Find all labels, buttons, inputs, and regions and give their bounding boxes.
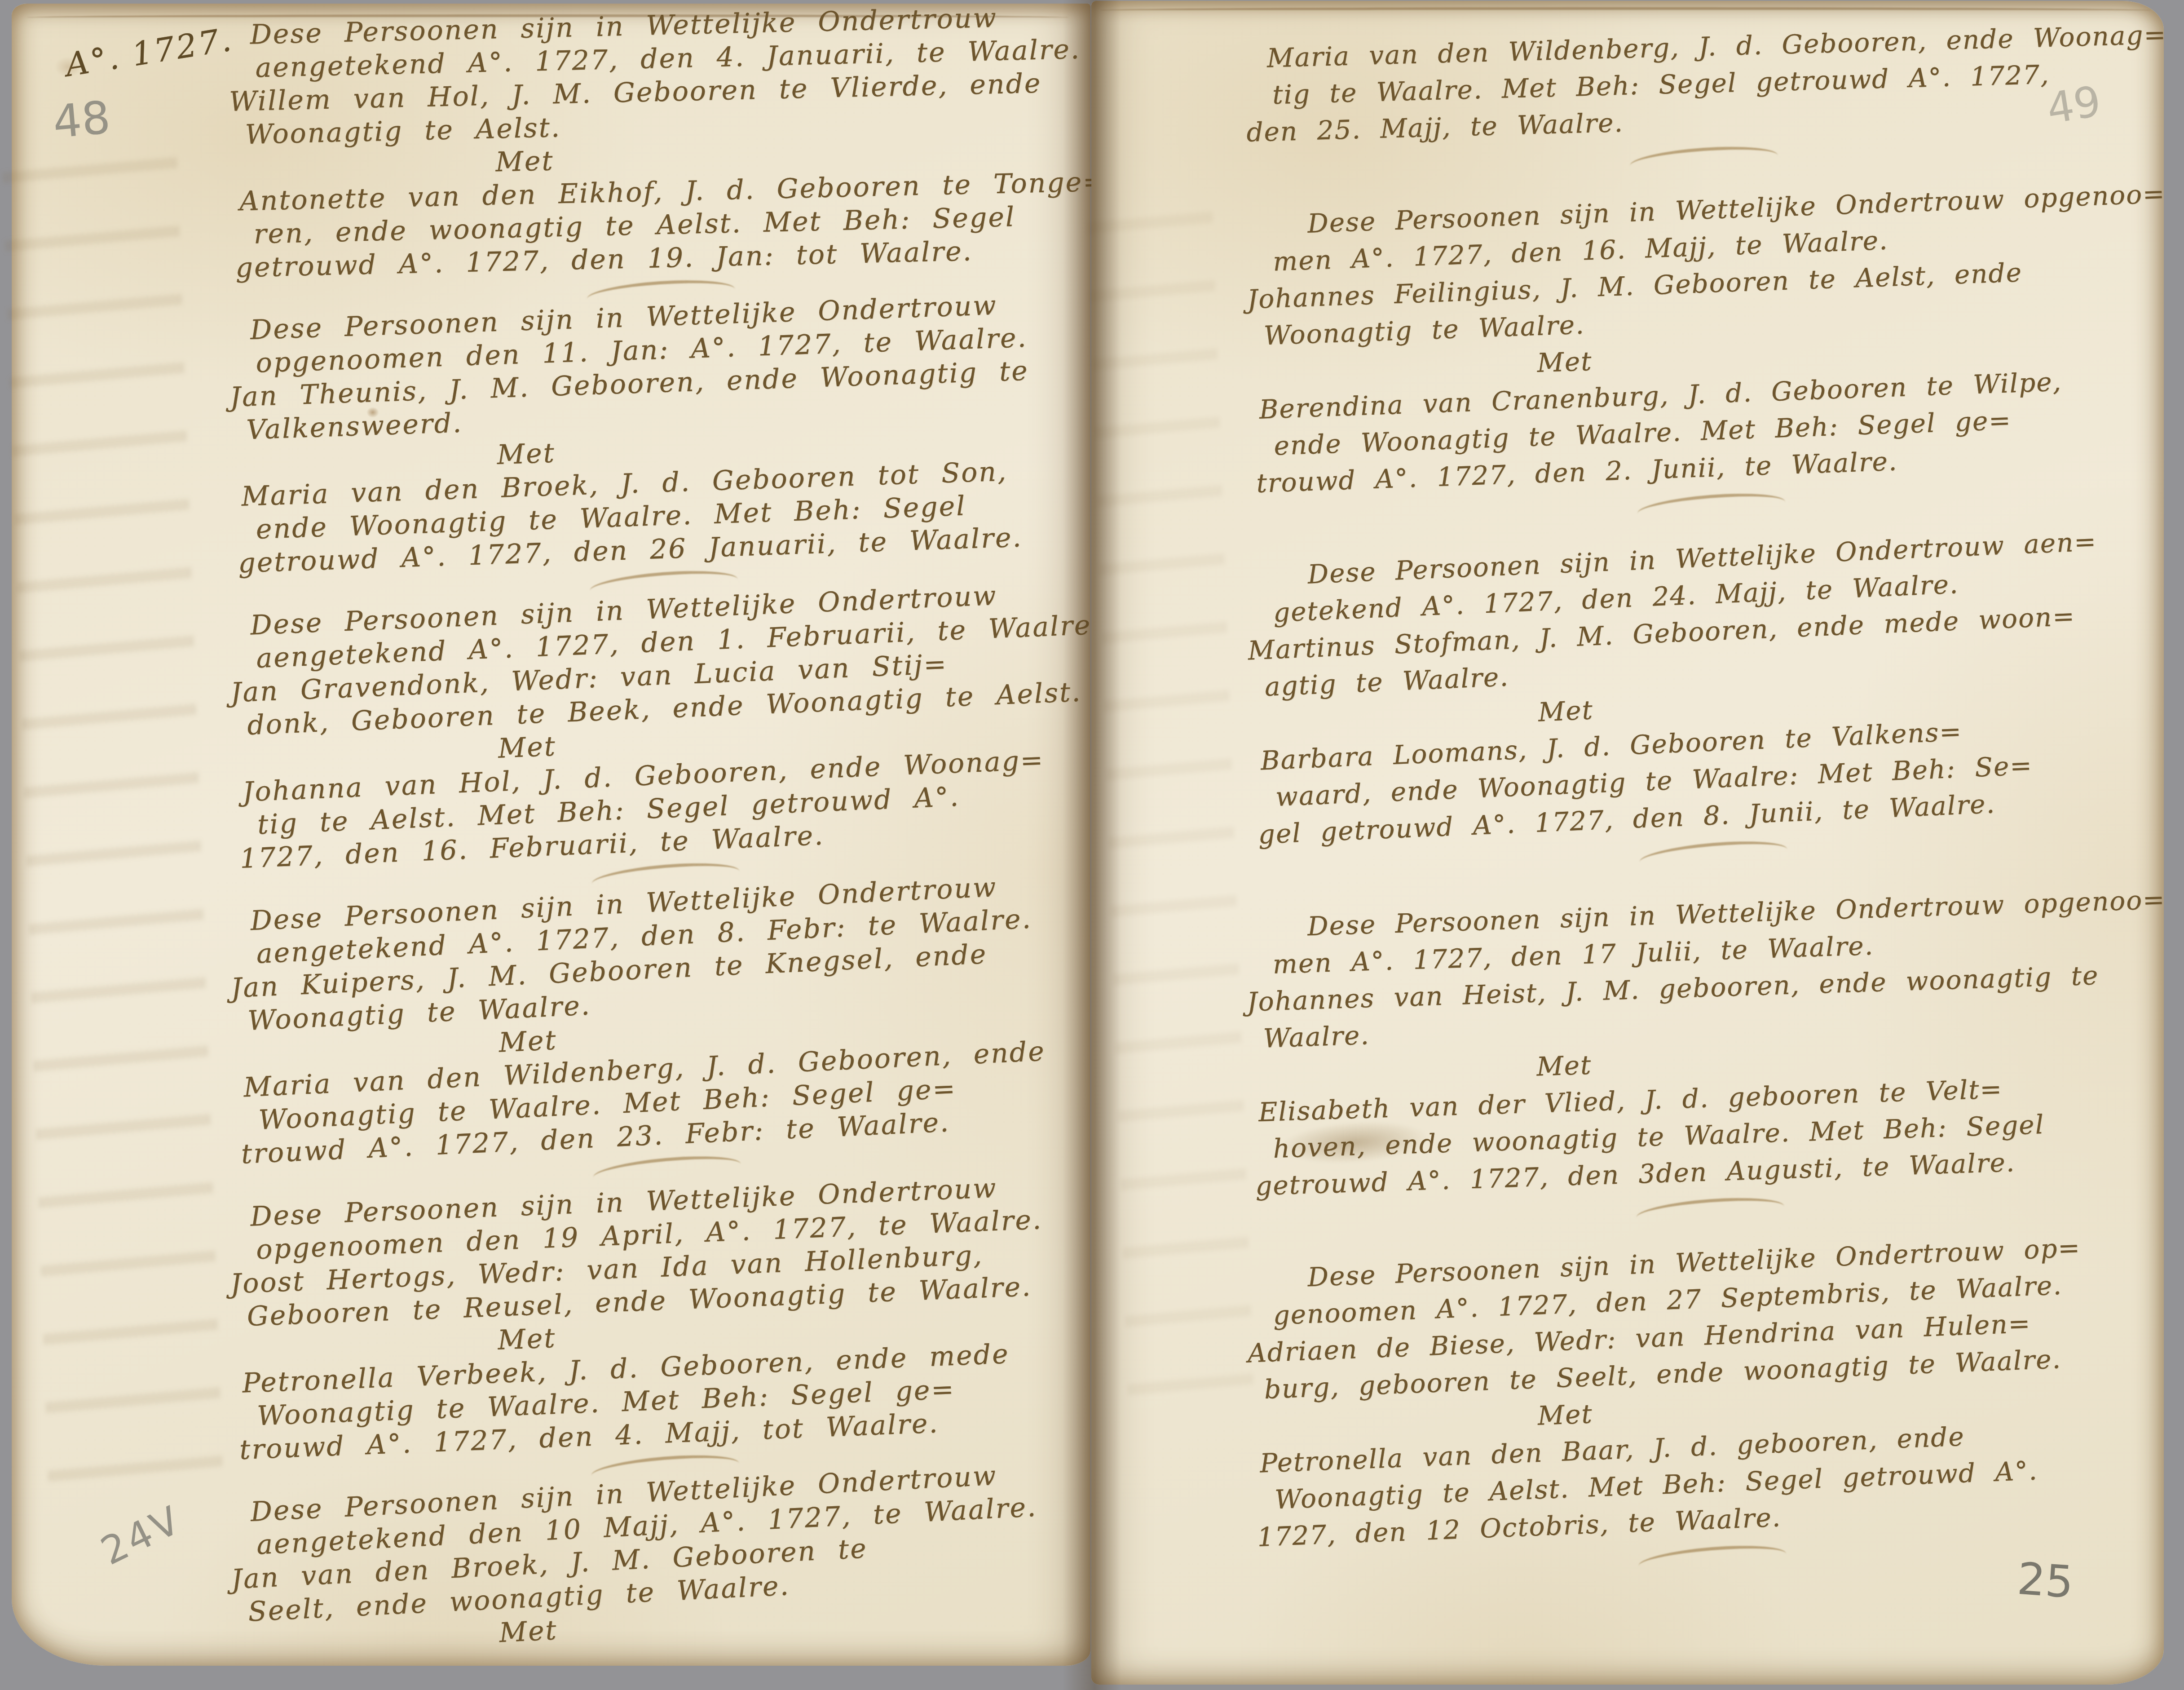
entry-separator-stroke [592, 1155, 741, 1174]
entry-separator-stroke [1637, 492, 1785, 510]
left-page-text-column: Dese Persoonen sijn in Wettelijke Ondert… [223, 19, 1086, 1674]
marriage-register-entry: Dese Persoonen sijn in Wettelijke Ondert… [1240, 520, 2174, 875]
entry-separator-stroke [591, 1454, 739, 1472]
marriage-register-entry: Dese Persoonen sijn in Wettelijke Ondert… [223, 1168, 1096, 1486]
margin-year-note: A°. 1727. [63, 20, 235, 84]
entry-separator-stroke [1629, 146, 1778, 163]
pencil-folio-number-bottom: 24V [94, 1497, 189, 1574]
marriage-register-entry: Dese Persoonen sijn in Wettelijke Ondert… [1240, 1226, 2173, 1577]
marriage-register-entry: Dese Persoonen sijn in Wettelijke Ondert… [223, 0, 1092, 304]
manuscript-scan: A°. 1727. 48 24V Dese Persoonen sijn in … [0, 0, 2184, 1690]
marriage-register-entry: Dese Persoonen sijn in Wettelijke Ondert… [223, 286, 1095, 599]
marriage-register-entry: Dese Persoonen sijn in Wettelijke Ondert… [223, 867, 1098, 1190]
pencil-folio-number-top: 48 [51, 91, 112, 149]
right-page-text-column: Maria van den Wildenberg, J. d. Gebooren… [1240, 40, 2161, 1613]
marriage-register-entry: Dese Persoonen sijn in Wettelijke Ondert… [1240, 881, 2171, 1226]
foxing-spot [55, 57, 82, 77]
entry-separator-stroke [1636, 1197, 1784, 1214]
entry-separator-stroke [589, 570, 738, 587]
entry-separator-stroke [1639, 840, 1787, 859]
left-page: A°. 1727. 48 24V Dese Persoonen sijn in … [12, 4, 1090, 1666]
ink-bleedthrough-marks [1086, 188, 1255, 1427]
marriage-register-entry: Maria van den Wildenberg, J. d. Gebooren… [1240, 16, 2164, 173]
entry-separator-stroke [591, 862, 740, 880]
marriage-register-entry: Dese Persoonen sijn in Wettelijke Ondert… [223, 1455, 1093, 1663]
entry-separator-stroke [1637, 1544, 1786, 1563]
marriage-register-entry: Dese Persoonen sijn in Wettelijke Ondert… [223, 575, 1097, 895]
page-top-edge [1100, 7, 2150, 14]
entry-separator-stroke [587, 279, 735, 295]
right-page: 49 25 Maria van den Wildenberg, J. d. Ge… [1091, 1, 2164, 1685]
ink-bleedthrough-marks [1, 136, 224, 1511]
marriage-register-entry: Dese Persoonen sijn in Wettelijke Ondert… [1240, 175, 2171, 523]
